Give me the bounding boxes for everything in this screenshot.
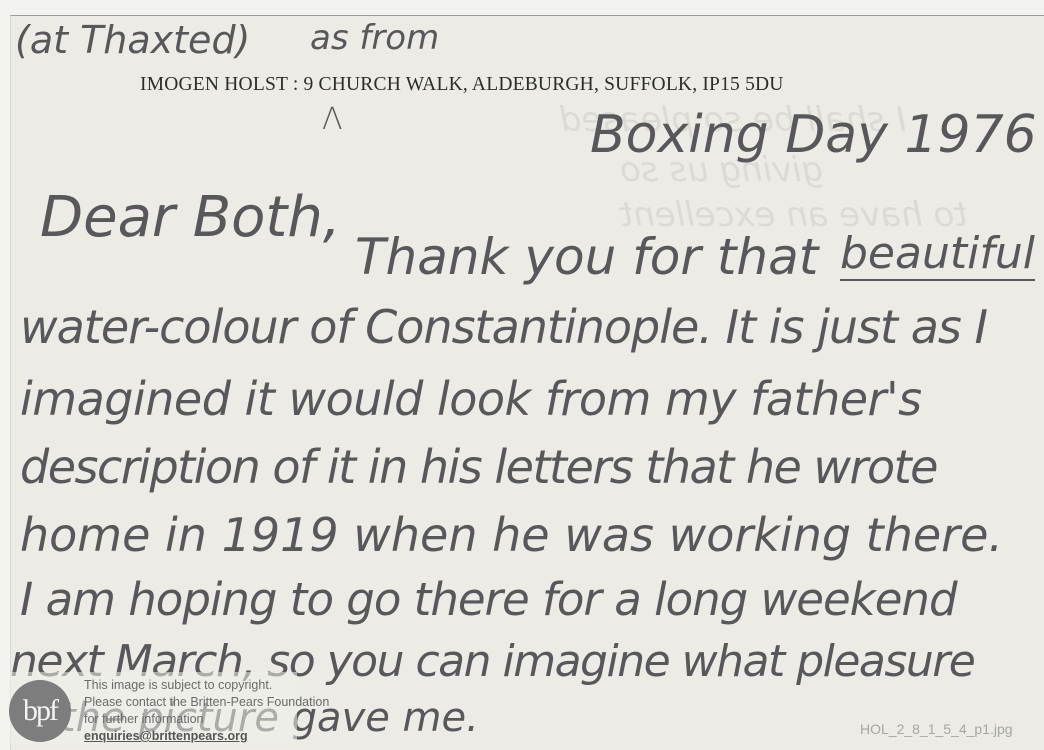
letter-date: Boxing Day 1976	[590, 105, 1037, 165]
body-word-beautiful: beautiful	[840, 228, 1035, 281]
annotation-as-from: as from	[310, 18, 439, 58]
copyright-email-link[interactable]: enquiries@brittenpears.org	[84, 728, 329, 745]
body-line-3: imagined it would look from my father's	[20, 372, 922, 426]
body-line-2: water-colour of Constantinople. It is ju…	[20, 300, 987, 354]
body-line-5: home in 1919 when he was working there.	[20, 508, 1003, 562]
letterhead-address: IMOGEN HOLST : 9 CHURCH WALK, ALDEBURGH,…	[140, 74, 784, 96]
copyright-line-1: This image is subject to copyright.	[84, 677, 329, 694]
annotation-at-thaxted: (at Thaxted)	[15, 18, 250, 62]
copyright-notice: This image is subject to copyright. Plea…	[84, 677, 329, 745]
body-line-1: Thank you for that	[355, 228, 818, 286]
bpf-logo: bpf	[9, 680, 71, 742]
salutation: Dear Both,	[40, 185, 341, 250]
image-filename: HOL_2_8_1_5_4_p1.jpg	[860, 721, 1013, 737]
insertion-caret: Λ	[322, 102, 343, 137]
copyright-line-3: for further information	[84, 711, 329, 728]
body-line-6: I am hoping to go there for a long weeke…	[20, 573, 957, 626]
body-line-4: description of it in his letters that he…	[20, 440, 937, 494]
copyright-line-2: Please contact the Britten-Pears Foundat…	[84, 694, 329, 711]
